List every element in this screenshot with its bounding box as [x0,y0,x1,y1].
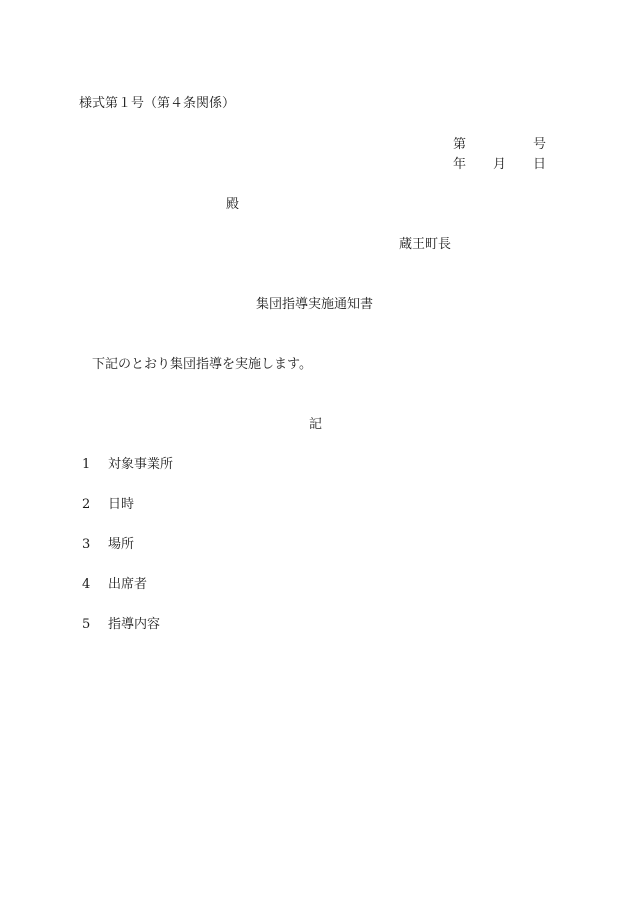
date-month: 月 [493,157,506,173]
list-item: 5指導内容 [82,617,160,633]
list-item: 4出席者 [82,577,147,593]
item-label: 日時 [108,497,134,512]
ki-label: 記 [309,417,322,433]
date-day: 日 [533,157,546,173]
list-item: 1対象事業所 [82,457,173,473]
item-number: 1 [82,457,108,473]
list-item: 2日時 [82,497,134,513]
item-label: 場所 [108,537,134,552]
body-text: 下記のとおり集団指導を実施します。 [92,357,312,373]
item-label: 指導内容 [108,617,160,632]
list-item: 3場所 [82,537,134,553]
item-label: 出席者 [108,577,147,592]
date-year: 年 [453,157,466,173]
item-number: 2 [82,497,108,513]
item-label: 対象事業所 [108,457,173,472]
item-number: 4 [82,577,108,593]
item-number: 3 [82,537,108,553]
addressee-suffix: 殿 [226,197,239,213]
number-prefix: 第 [453,137,466,153]
item-number: 5 [82,617,108,633]
number-suffix: 号 [533,137,546,153]
form-label: 様式第１号（第４条関係） [79,96,235,112]
sender: 蔵王町長 [399,237,451,253]
document-title: 集団指導実施通知書 [256,297,373,313]
